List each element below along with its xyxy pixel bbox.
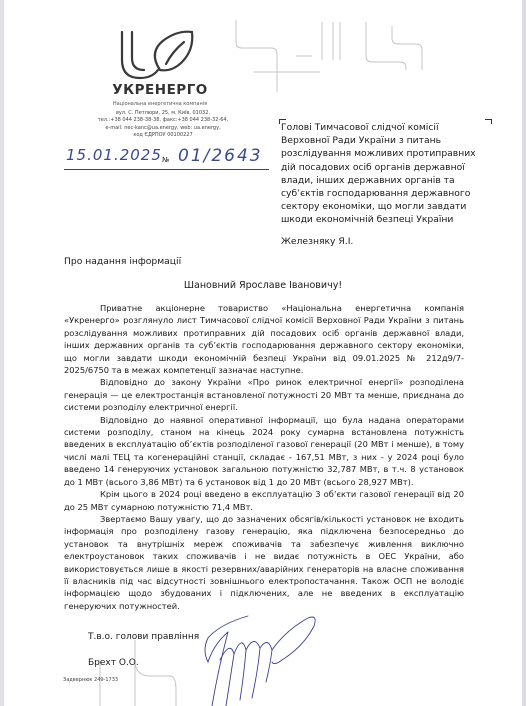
- signatory-name: Брехт О.О.: [88, 658, 139, 668]
- recipient-line: дій посадових осіб органів державної: [281, 161, 491, 174]
- edrpou-line: код ЄДРПОУ 00100227: [78, 132, 248, 139]
- handwritten-signature-icon: [190, 610, 330, 706]
- organization-address: вул. С. Петлюри, 25, м. Київ, 01032, тел…: [78, 110, 248, 139]
- recipient-line: розслідування можливих протиправних: [281, 147, 491, 160]
- body-paragraph: Крім цього в 2024 році введено в експлуа…: [64, 488, 464, 513]
- recipient-line: Голові Тимчасової слідчої комісії: [281, 121, 491, 134]
- recipient-line: шкоди економічній безпеці України: [281, 213, 491, 226]
- signatory-title: Т.в.о. голови правління: [88, 632, 199, 642]
- recipient-block: Голові Тимчасової слідчої комісії Верхов…: [281, 121, 491, 227]
- recipient-line: влади, інших державних органів та: [281, 174, 491, 187]
- phone-line: тел.:+38 044 238-38-38, факс:+38 044 238…: [78, 117, 248, 124]
- body-paragraph: Звертаємо Вашу увагу, що до зазначених о…: [64, 513, 464, 612]
- body-paragraph: Відповідно до закону України «Про ринок …: [64, 376, 464, 413]
- body-paragraph: Відповідно до наявної оперативної інформ…: [64, 414, 464, 488]
- registration-date: 15.01.2025: [66, 146, 162, 164]
- email-line: e-mail: nec-kanc@ua.energy, web: ua.ener…: [78, 125, 248, 132]
- recipient-line: суб’єктів господарювання державного: [281, 187, 491, 200]
- letter-subject: Про надання інформації: [64, 256, 181, 267]
- recipient-line: Верховної Ради України з питань: [281, 134, 491, 147]
- registration-number-label: №: [162, 156, 169, 164]
- scan-edge-right: [522, 0, 526, 706]
- scan-edge-left: [0, 0, 4, 706]
- body-paragraph: Приватне акціонерне товариство «Націонал…: [64, 302, 464, 376]
- letter-body: Приватне акціонерне товариство «Націонал…: [64, 302, 464, 612]
- ukrenergo-logo-icon: [108, 26, 204, 88]
- brand-name: УКРЕНЕРГО: [105, 82, 215, 98]
- registration-number: 01/2643: [178, 146, 263, 166]
- brand-subtitle: Національна енергетична компанія: [95, 101, 225, 107]
- recipient-line: сектору економіки, що могли завдати: [281, 200, 491, 213]
- salutation: Шановний Ярославе Івановичу!: [0, 280, 526, 291]
- address-line: вул. С. Петлюри, 25, м. Київ, 01032,: [78, 110, 248, 117]
- executor-contact: Задвернюк 249-1733: [63, 677, 118, 683]
- addressee-name: Железняку Я.І.: [281, 236, 353, 247]
